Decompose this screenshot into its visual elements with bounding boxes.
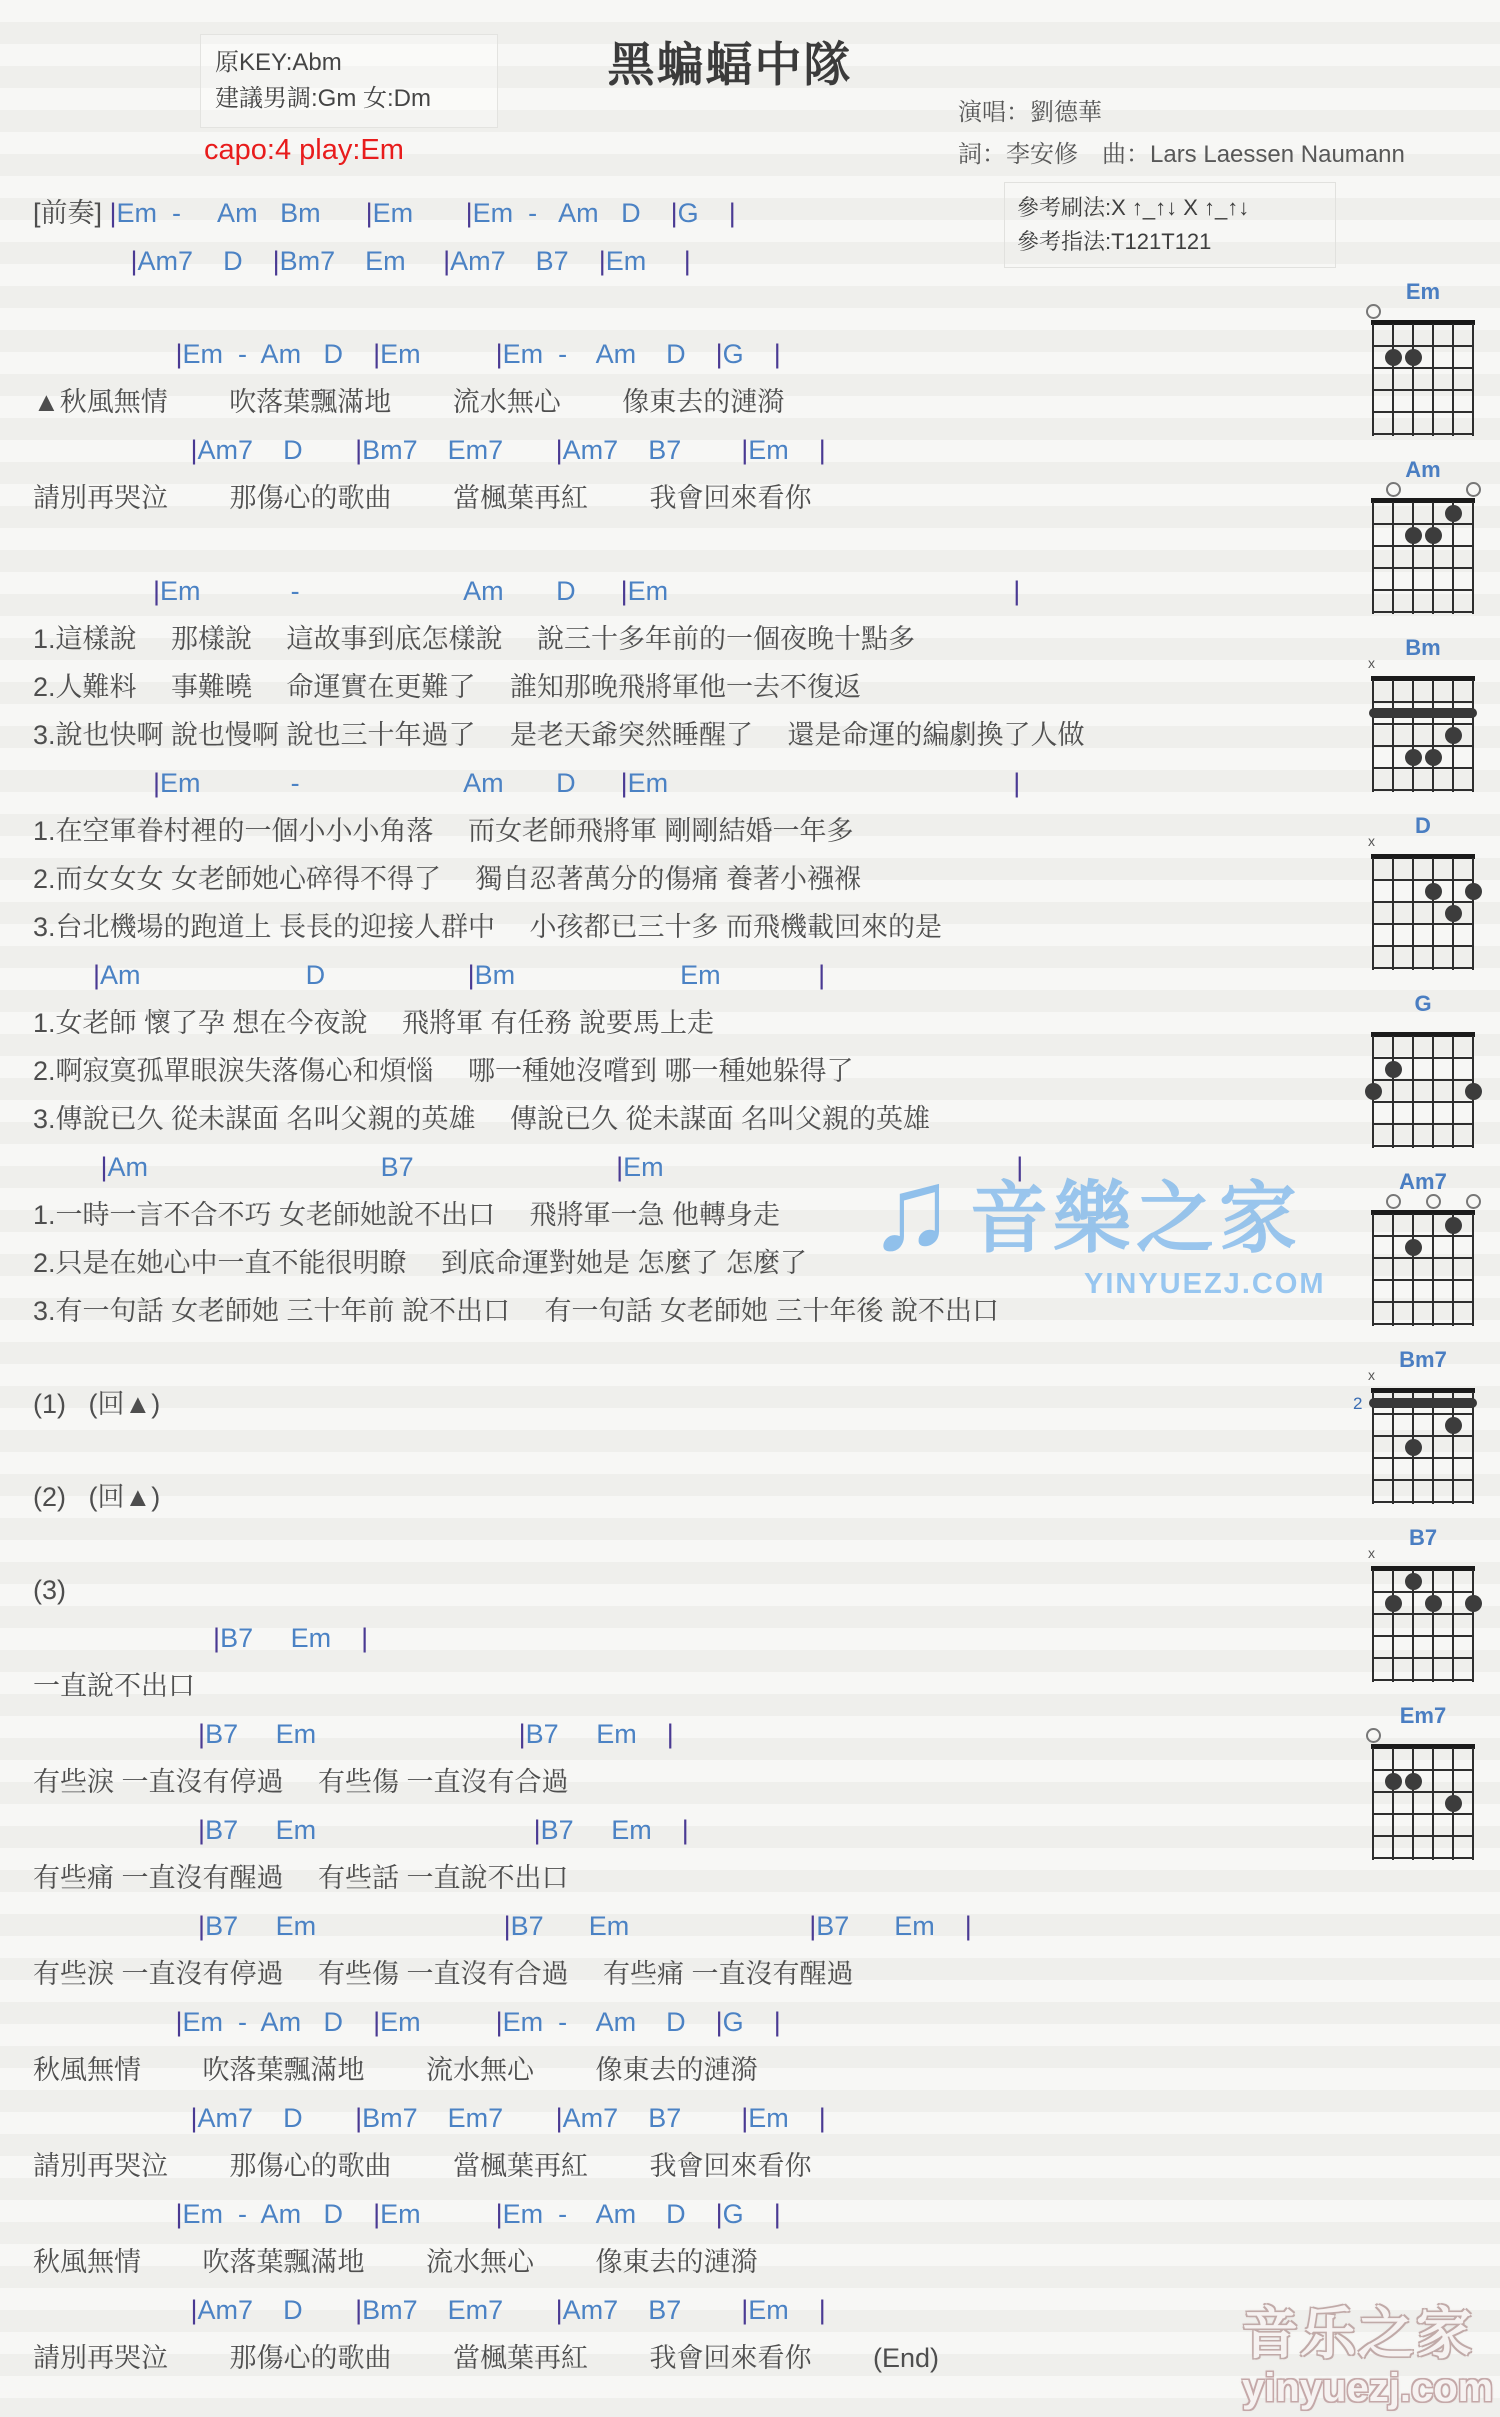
open-string-marker xyxy=(1366,304,1381,319)
lyric-line: 2.只是在她心中一直不能很明瞭 到底命運對她是 怎麼了 怎麼了 xyxy=(33,1239,1373,1287)
score-lines: [前奏] |Em - Am Bm |Em |Em - Am D |G | |Am… xyxy=(33,189,1373,2382)
finger-dot xyxy=(1465,1595,1482,1612)
chord-diagram-b7: B7x xyxy=(1372,1526,1474,1680)
bar-separator: | xyxy=(191,2103,198,2133)
lyric-line: 3.台北機場的跑道上 長長的迎接人群中 小孩都已三十多 而飛機載回來的是 xyxy=(33,903,1373,951)
bar-separator: | xyxy=(819,435,826,465)
finger-dot xyxy=(1425,749,1442,766)
open-string-marker xyxy=(1386,482,1401,497)
bar-separator: | xyxy=(729,198,736,228)
chord-diagram-g: G xyxy=(1372,992,1474,1146)
chord-line: |Am7 D |Bm7 Em |Am7 B7 |Em | xyxy=(33,237,1373,285)
section-label: [前奏] xyxy=(33,198,102,228)
bar-separator: | xyxy=(1013,768,1020,798)
chord-line: |Em - Am D |Em | xyxy=(33,759,1373,807)
lyric-line: 請別再哭泣 那傷心的歌曲 當楓葉再紅 我會回來看你 (End) xyxy=(33,2334,1373,2382)
barre-bar xyxy=(1369,1398,1477,1408)
lyric-line: 1.女老師 懷了孕 想在今夜說 飛將軍 有任務 說要馬上走 xyxy=(33,999,1373,1047)
fretboard-grid xyxy=(1372,1214,1474,1326)
chord-diagram-label: Bm xyxy=(1372,636,1474,660)
bar-separator: | xyxy=(213,1623,220,1653)
finger-dot xyxy=(1465,1083,1482,1100)
suggested-keys: 建議男調:Gm 女:Dm xyxy=(215,81,483,117)
chord-diagram-label: Em xyxy=(1372,280,1474,304)
chord-diagram-label: Am7 xyxy=(1372,1170,1474,1194)
bar-separator: | xyxy=(176,2199,183,2229)
chord-diagrams: EmAmBmxDxGAm7Bm7x2B7xEm7 xyxy=(1358,280,1498,1882)
lyric-line: 有些淚 一直沒有停過 有些傷 一直沒有合過 有些痛 一直沒有醒過 xyxy=(33,1950,1373,1998)
lyric-line: 秋風無情 吹落葉飄滿地 流水無心 像東去的漣漪 xyxy=(33,2046,1373,2094)
chord-line: |Am7 D |Bm7 Em7 |Am7 B7 |Em | xyxy=(33,2286,1373,2334)
bar-separator: | xyxy=(496,339,503,369)
chord-line: |Em - Am D |Em |Em - Am D |G | xyxy=(33,330,1373,378)
singer-credit: 演唱：劉德華 xyxy=(958,92,1102,127)
bar-separator: | xyxy=(504,1911,511,1941)
bar-separator: | xyxy=(176,2007,183,2037)
bar-separator: | xyxy=(819,2103,826,2133)
open-string-marker xyxy=(1366,1728,1381,1743)
bar-separator: | xyxy=(667,1719,674,1749)
finger-dot xyxy=(1425,1595,1442,1612)
bar-separator: | xyxy=(774,2007,781,2037)
fret-position-label: 2 xyxy=(1353,1394,1362,1414)
lyric-line: 1.這樣說 那樣說 這故事到底怎樣說 說三十多年前的一個夜晚十點多 xyxy=(33,615,1373,663)
bar-separator: | xyxy=(819,2295,826,2325)
lyric-line: 3.傳說已久 從未謀面 名叫父親的英雄 傳說已久 從未謀面 名叫父親的英雄 xyxy=(33,1095,1373,1143)
lyric-line: 3.說也快啊 說也慢啊 說也三十年過了 是老天爺突然睡醒了 還是命運的編劇換了人… xyxy=(33,711,1373,759)
bar-separator: | xyxy=(621,576,628,606)
chord-diagram-label: Em7 xyxy=(1372,1704,1474,1728)
finger-dot xyxy=(1385,1773,1402,1790)
chord-line: |B7 Em | xyxy=(33,1614,1373,1662)
muted-string-marker: x xyxy=(1368,656,1375,670)
bar-separator: | xyxy=(273,246,280,276)
bar-separator: | xyxy=(496,2007,503,2037)
chord-diagram-bm7: Bm7x2 xyxy=(1372,1348,1474,1502)
muted-string-marker: x xyxy=(1368,1368,1375,1382)
bar-separator: | xyxy=(556,435,563,465)
fretboard-grid: x xyxy=(1372,858,1474,970)
chord-line: |Am D |Bm Em | xyxy=(33,951,1373,999)
finger-dot xyxy=(1425,527,1442,544)
chord-diagram-am7: Am7 xyxy=(1372,1170,1474,1324)
open-string-marker xyxy=(1386,1194,1401,1209)
finger-dot xyxy=(1425,883,1442,900)
sheet-page: 原KEY:Abm 建議男調:Gm 女:Dm capo:4 play:Em 黑蝙蝠… xyxy=(0,0,1500,2417)
fretboard-grid: x xyxy=(1372,680,1474,792)
finger-dot xyxy=(1465,883,1482,900)
bar-separator: | xyxy=(621,768,628,798)
lyric-line: 1.在空軍眷村裡的一個小小小角落 而女老師飛將軍 剛剛結婚一年多 xyxy=(33,807,1373,855)
finger-dot xyxy=(1405,1773,1422,1790)
chord-diagram-bm: Bmx xyxy=(1372,636,1474,790)
bar-separator: | xyxy=(101,1152,108,1182)
chord-line: |Em - Am D |Em | xyxy=(33,567,1373,615)
chord-diagram-label: Am xyxy=(1372,458,1474,482)
bar-separator: | xyxy=(1016,1152,1023,1182)
bar-separator: | xyxy=(774,339,781,369)
bar-separator: | xyxy=(496,2199,503,2229)
lyric-line: 秋風無情 吹落葉飄滿地 流水無心 像東去的漣漪 xyxy=(33,2238,1373,2286)
finger-dot xyxy=(1405,349,1422,366)
bar-separator: | xyxy=(556,2295,563,2325)
lyric-line: 請別再哭泣 那傷心的歌曲 當楓葉再紅 我會回來看你 xyxy=(33,474,1373,522)
finger-dot xyxy=(1405,1573,1422,1590)
chord-diagram-label: Bm7 xyxy=(1372,1348,1474,1372)
finger-dot xyxy=(1445,905,1462,922)
finger-dot xyxy=(1405,1439,1422,1456)
capo-info: capo:4 play:Em xyxy=(204,134,404,167)
chord-line: |Em - Am D |Em |Em - Am D |G | xyxy=(33,1998,1373,2046)
barre-bar xyxy=(1369,708,1477,718)
chord-line: |Am B7 |Em | xyxy=(33,1143,1373,1191)
finger-dot xyxy=(1385,1595,1402,1612)
finger-dot xyxy=(1405,527,1422,544)
muted-string-marker: x xyxy=(1368,834,1375,848)
chord-line: |B7 Em |B7 Em |B7 Em | xyxy=(33,1902,1373,1950)
chord-line: [前奏] |Em - Am Bm |Em |Em - Am D |G | xyxy=(33,189,1373,237)
fretboard-grid xyxy=(1372,502,1474,614)
bar-separator: | xyxy=(716,2199,723,2229)
bar-separator: | xyxy=(599,246,606,276)
chord-diagram-label: B7 xyxy=(1372,1526,1474,1550)
chord-diagram-label: G xyxy=(1372,992,1474,1016)
finger-dot xyxy=(1445,1217,1462,1234)
chord-line: |Em - Am D |Em |Em - Am D |G | xyxy=(33,2190,1373,2238)
bar-separator: | xyxy=(361,1623,368,1653)
bar-separator: | xyxy=(131,246,138,276)
bar-separator: | xyxy=(519,1719,526,1749)
bar-separator: | xyxy=(682,1815,689,1845)
bar-separator: | xyxy=(466,198,473,228)
chord-diagram-em7: Em7 xyxy=(1372,1704,1474,1858)
finger-dot xyxy=(1405,1239,1422,1256)
key-info-box: 原KEY:Abm 建議男調:Gm 女:Dm xyxy=(200,34,498,128)
bar-separator: | xyxy=(191,435,198,465)
composer-credit: 詞：李安修 曲：Lars Laessen Naumann xyxy=(958,134,1405,169)
bar-separator: | xyxy=(191,2295,198,2325)
bar-separator: | xyxy=(176,339,183,369)
lyric-line: 一直說不出口 xyxy=(33,1662,1373,1710)
open-string-marker xyxy=(1466,1194,1481,1209)
open-string-marker xyxy=(1466,482,1481,497)
fretboard-grid xyxy=(1372,1748,1474,1860)
bar-separator: | xyxy=(818,960,825,990)
bar-separator: | xyxy=(716,2007,723,2037)
bar-separator: | xyxy=(366,198,373,228)
bar-separator: | xyxy=(1013,576,1020,606)
bar-separator: | xyxy=(716,339,723,369)
bar-separator: | xyxy=(534,1815,541,1845)
song-title: 黑蝙蝠中隊 xyxy=(520,28,940,95)
fretboard-grid: x2 xyxy=(1372,1392,1474,1504)
bar-separator: | xyxy=(671,198,678,228)
lyric-line: 請別再哭泣 那傷心的歌曲 當楓葉再紅 我會回來看你 xyxy=(33,2142,1373,2190)
bar-separator: | xyxy=(965,1911,972,1941)
chord-diagram-d: Dx xyxy=(1372,814,1474,968)
finger-dot xyxy=(1445,1795,1462,1812)
chord-line: |Am7 D |Bm7 Em7 |Am7 B7 |Em | xyxy=(33,426,1373,474)
chord-line: |Am7 D |Bm7 Em7 |Am7 B7 |Em | xyxy=(33,2094,1373,2142)
fretboard-grid xyxy=(1372,1036,1474,1148)
bar-separator: | xyxy=(774,2199,781,2229)
chord-diagram-am: Am xyxy=(1372,458,1474,612)
lyric-line: 2.人難料 事難曉 命運實在更難了 誰知那晚飛將軍他一去不復返 xyxy=(33,663,1373,711)
open-string-marker xyxy=(1426,1194,1441,1209)
chord-line: |B7 Em |B7 Em | xyxy=(33,1710,1373,1758)
bar-separator: | xyxy=(198,1815,205,1845)
finger-dot xyxy=(1445,1417,1462,1434)
finger-dot xyxy=(1405,749,1422,766)
lyric-line: 1.一時一言不合不巧 女老師她說不出口 飛將軍一急 他轉身走 xyxy=(33,1191,1373,1239)
finger-dot xyxy=(1445,727,1462,744)
lyric-line: ▲秋風無情 吹落葉飄滿地 流水無心 像東去的漣漪 xyxy=(33,378,1373,426)
bar-separator: | xyxy=(684,246,691,276)
finger-dot xyxy=(1385,349,1402,366)
lyric-line: 有些痛 一直沒有醒過 有些話 一直說不出口 xyxy=(33,1854,1373,1902)
bar-separator: | xyxy=(153,768,160,798)
bar-separator: | xyxy=(556,2103,563,2133)
chord-diagram-em: Em xyxy=(1372,280,1474,434)
chord-line: |B7 Em |B7 Em | xyxy=(33,1806,1373,1854)
muted-string-marker: x xyxy=(1368,1546,1375,1560)
lyric-line: 2.啊寂寞孤單眼淚失落傷心和煩惱 哪一種她沒嚐到 哪一種她躲得了 xyxy=(33,1047,1373,1095)
finger-dot xyxy=(1385,1061,1402,1078)
finger-dot xyxy=(1365,1083,1382,1100)
marker-line: (3) xyxy=(33,1566,1373,1614)
bar-separator: | xyxy=(468,960,475,990)
chord-diagram-label: D xyxy=(1372,814,1474,838)
lyric-line: 有些淚 一直沒有停過 有些傷 一直沒有合過 xyxy=(33,1758,1373,1806)
fretboard-grid: x xyxy=(1372,1570,1474,1682)
lyric-line: 3.有一句話 女老師她 三十年前 說不出口 有一句話 女老師她 三十年後 說不出… xyxy=(33,1287,1373,1335)
marker-line: (1) (回▲) xyxy=(33,1380,1373,1428)
finger-dot xyxy=(1445,505,1462,522)
bar-separator: | xyxy=(153,576,160,606)
bar-separator: | xyxy=(198,1911,205,1941)
bar-separator: | xyxy=(198,1719,205,1749)
bar-separator: | xyxy=(93,960,100,990)
original-key: 原KEY:Abm xyxy=(215,45,483,81)
marker-line: (2) (回▲) xyxy=(33,1473,1373,1521)
fretboard-grid xyxy=(1372,324,1474,436)
bar-separator: | xyxy=(110,198,117,228)
lyric-line: 2.而女女女 女老師她心碎得不得了 獨自忍著萬分的傷痛 養著小襁褓 xyxy=(33,855,1373,903)
